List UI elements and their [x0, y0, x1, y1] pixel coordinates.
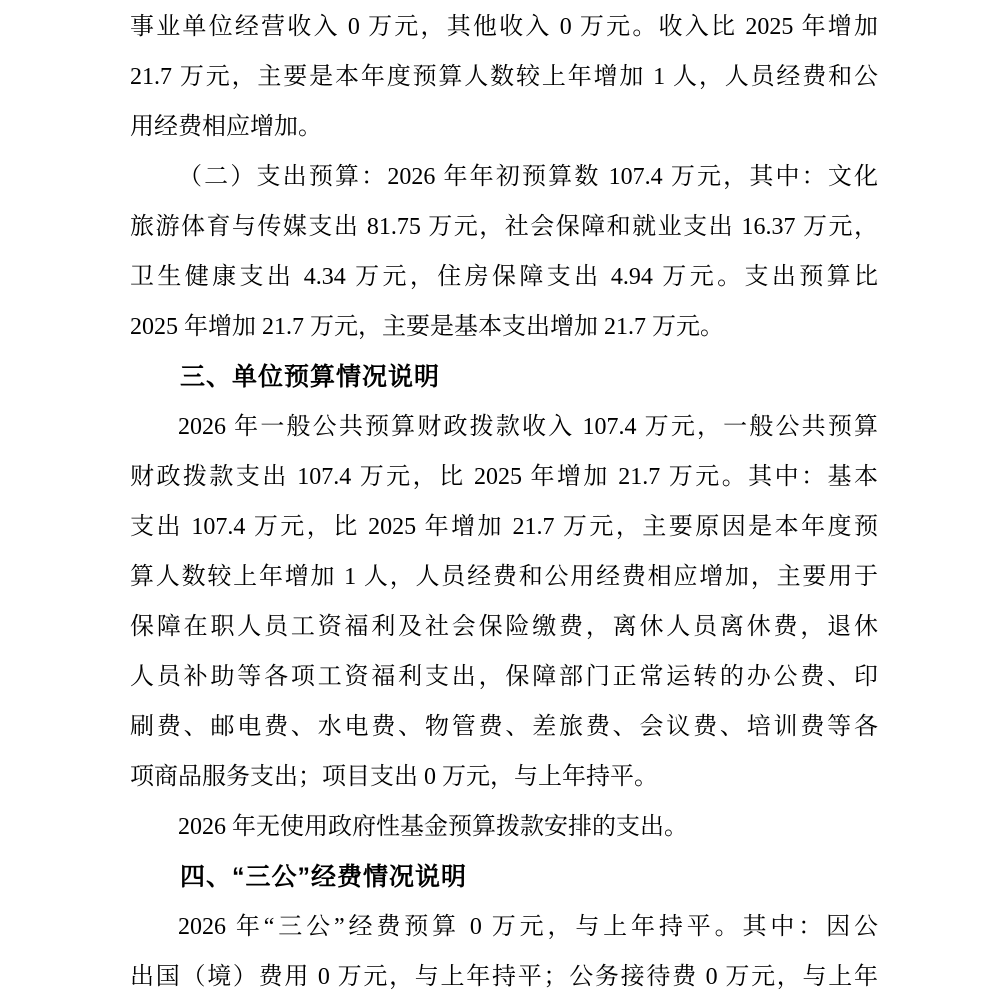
para-general-public-budget-detail: 2026 年一般公共预算财政拨款收入 107.4 万元，一般公共预算财政拨款支出…	[130, 402, 878, 802]
heading-line: 三、单位预算情况说明	[130, 352, 878, 402]
text-line: 2026 年无使用政府性基金预算拨款安排的支出。	[130, 802, 878, 852]
para-expenditure-budget: （二）支出预算：2026 年年初预算数 107.4 万元，其中：文化旅游体育与传…	[130, 152, 878, 352]
text-line: 卫生健康支出 4.34 万元，住房保障支出 4.94 万元。支出预算比	[130, 252, 878, 302]
para-income-continuation: 事业单位经营收入 0 万元，其他收入 0 万元。收入比 2025 年增加21.7…	[130, 2, 878, 152]
text-line: 刷费、邮电费、水电费、物管费、差旅费、会议费、培训费等各	[130, 702, 878, 752]
text-line: 旅游体育与传媒支出 81.75 万元，社会保障和就业支出 16.37 万元，	[130, 202, 878, 252]
para-government-fund: 2026 年无使用政府性基金预算拨款安排的支出。	[130, 802, 878, 852]
text-line: 算人数较上年增加 1 人，人员经费和公用经费相应增加，主要用于	[130, 552, 878, 602]
document-content: 事业单位经营收入 0 万元，其他收入 0 万元。收入比 2025 年增加21.7…	[130, 2, 878, 1002]
heading-section-4-three-public-funds: 四、“三公”经费情况说明	[130, 852, 878, 902]
text-line: 事业单位经营收入 0 万元，其他收入 0 万元。收入比 2025 年增加	[130, 2, 878, 52]
text-line: 出国（境）费用 0 万元，与上年持平；公务接待费 0 万元，与上年	[130, 952, 878, 1002]
text-line: 支出 107.4 万元，比 2025 年增加 21.7 万元，主要原因是本年度预	[130, 502, 878, 552]
document-page: 事业单位经营收入 0 万元，其他收入 0 万元。收入比 2025 年增加21.7…	[0, 0, 1000, 1003]
text-line: 保障在职人员工资福利及社会保险缴费，离休人员离休费，退休	[130, 602, 878, 652]
heading-line: 四、“三公”经费情况说明	[130, 852, 878, 902]
text-line: 2026 年一般公共预算财政拨款收入 107.4 万元，一般公共预算	[130, 402, 878, 452]
text-line: 用经费相应增加。	[130, 102, 878, 152]
para-three-public-funds-detail: 2026 年“三公”经费预算 0 万元，与上年持平。其中：因公出国（境）费用 0…	[130, 902, 878, 1002]
text-line: 项商品服务支出；项目支出 0 万元，与上年持平。	[130, 752, 878, 802]
text-line: 2025 年增加 21.7 万元，主要是基本支出增加 21.7 万元。	[130, 302, 878, 352]
text-line: 人员补助等各项工资福利支出，保障部门正常运转的办公费、印	[130, 652, 878, 702]
heading-section-3-unit-budget: 三、单位预算情况说明	[130, 352, 878, 402]
text-line: 财政拨款支出 107.4 万元，比 2025 年增加 21.7 万元。其中：基本	[130, 452, 878, 502]
text-line: 21.7 万元，主要是本年度预算人数较上年增加 1 人，人员经费和公	[130, 52, 878, 102]
text-line: 2026 年“三公”经费预算 0 万元，与上年持平。其中：因公	[130, 902, 878, 952]
text-line: （二）支出预算：2026 年年初预算数 107.4 万元，其中：文化	[130, 152, 878, 202]
